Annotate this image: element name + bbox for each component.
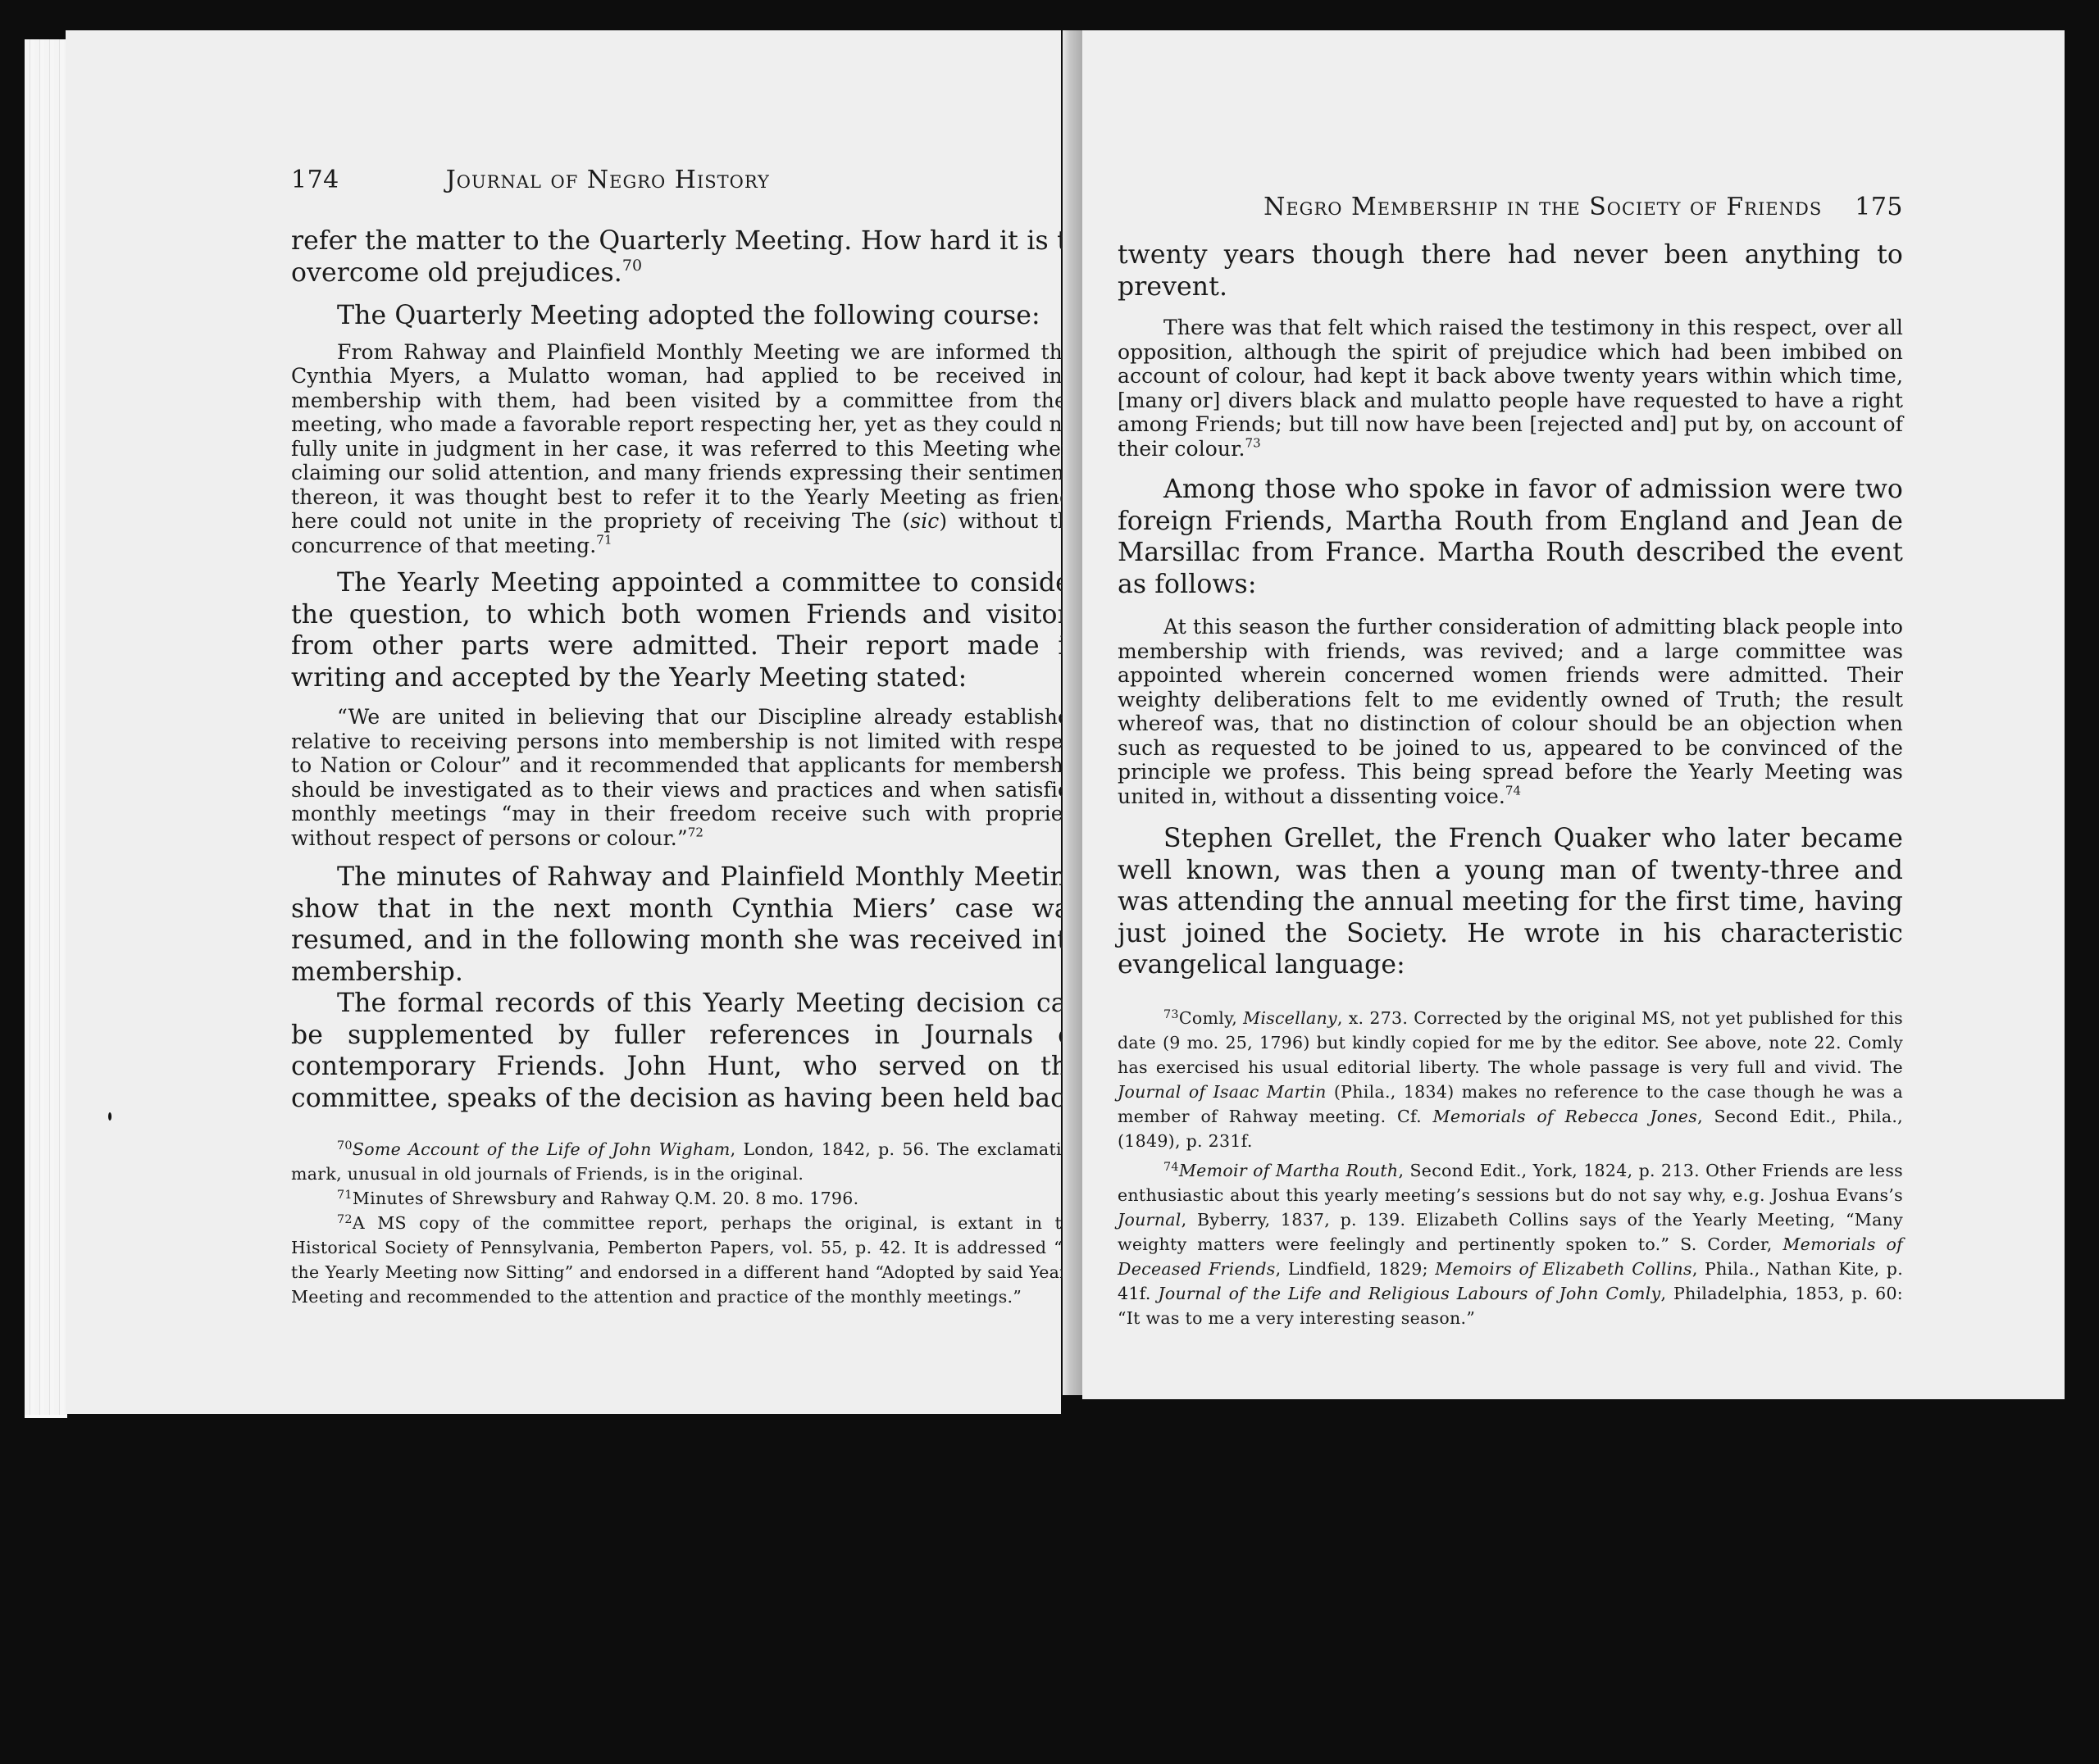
- footnote-ref: 71: [596, 532, 612, 547]
- footnote-ref: 74: [1505, 783, 1521, 798]
- scan-speck: [108, 1112, 112, 1121]
- paragraph: The minutes of Rahway and Plainfield Mon…: [291, 862, 1083, 988]
- running-head: Journal of Negro History: [446, 166, 770, 194]
- block-quote: At this season the further consideration…: [1118, 615, 1903, 808]
- footnote: 74Memoir of Martha Routh, Second Edit., …: [1118, 1158, 1903, 1330]
- paragraph: refer the matter to the Quarterly Meetin…: [291, 225, 1083, 289]
- footnote: 72A MS copy of the committee report, per…: [291, 1211, 1083, 1309]
- footnote-ref: 72: [688, 825, 703, 839]
- footnote: 70Some Account of the Life of John Wigha…: [291, 1137, 1083, 1186]
- paragraph: twenty years though there had never been…: [1118, 239, 1903, 302]
- footnotes: 70Some Account of the Life of John Wigha…: [291, 1137, 1083, 1309]
- block-quote: There was that felt which raised the tes…: [1118, 316, 1903, 461]
- right-page-content: Negro Membership in the Society of Frien…: [1118, 193, 1903, 1330]
- paragraph: Stephen Grellet, the French Quaker who l…: [1118, 823, 1903, 981]
- block-quote: “We are united in believing that our Dis…: [291, 705, 1083, 850]
- footnotes: 73Comly, Miscellany, x. 273. Corrected b…: [1118, 1006, 1903, 1330]
- footnote-ref: 70: [622, 256, 642, 274]
- footnote-ref: 73: [1245, 435, 1261, 450]
- page-number: 175: [1855, 193, 1903, 221]
- left-page-content: 174 Journal of Negro History refer the m…: [291, 166, 1083, 1309]
- right-running-header: Negro Membership in the Society of Frien…: [1118, 193, 1903, 221]
- footnote: 71Minutes of Shrewsbury and Rahway Q.M. …: [291, 1186, 1083, 1211]
- paragraph: The Yearly Meeting appointed a committee…: [291, 567, 1083, 693]
- paragraph: The Quarterly Meeting adopted the follow…: [291, 300, 1083, 332]
- page-number: 174: [291, 166, 339, 194]
- left-page: 174 Journal of Negro History refer the m…: [66, 30, 1061, 1414]
- page-stack-edges: [25, 39, 67, 1418]
- left-running-header: 174 Journal of Negro History: [291, 166, 1083, 194]
- footnote-number: 73: [1163, 1007, 1179, 1021]
- paragraph: The formal records of this Yearly Meetin…: [291, 988, 1083, 1114]
- footnote-number: 74: [1163, 1160, 1179, 1173]
- right-page: Negro Membership in the Society of Frien…: [1082, 30, 2065, 1399]
- block-quote: From Rahway and Plainfield Monthly Meeti…: [291, 340, 1083, 558]
- footnote: 73Comly, Miscellany, x. 273. Corrected b…: [1118, 1006, 1903, 1153]
- paragraph: Among those who spoke in favor of admiss…: [1118, 474, 1903, 600]
- running-head: Negro Membership in the Society of Frien…: [1263, 193, 1822, 221]
